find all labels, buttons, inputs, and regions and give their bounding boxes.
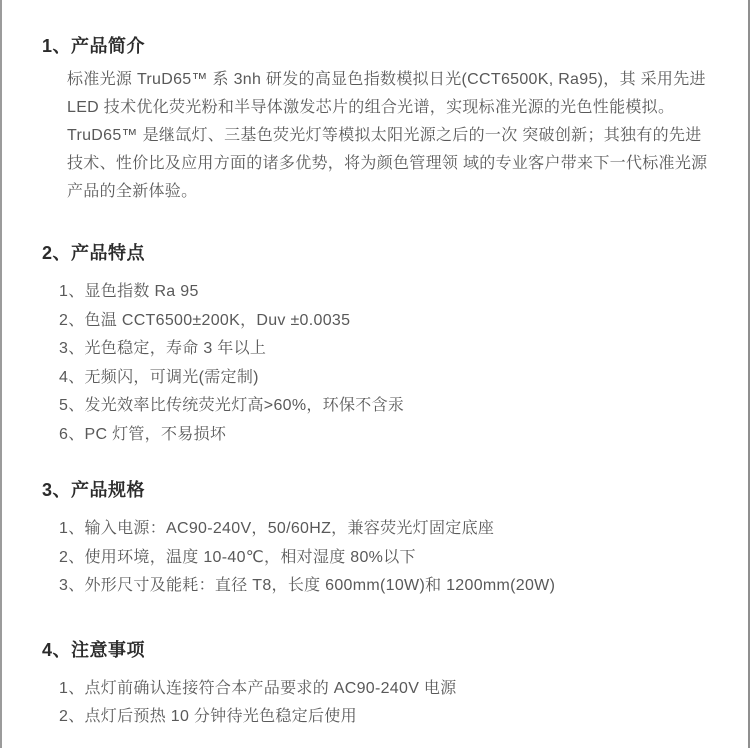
list-item: 1、点灯前确认连接符合本产品要求的 AC90-240V 电源 bbox=[59, 675, 714, 704]
list-item: 2、点灯后预热 10 分钟待光色稳定后使用 bbox=[59, 703, 714, 732]
list-item: 6、PC 灯管，不易损坏 bbox=[59, 421, 714, 450]
section-specs: 3、产品规格 1、输入电源：AC90-240V，50/60HZ，兼容荧光灯固定底… bbox=[42, 477, 714, 601]
paragraph-line: TruD65™ 是继氙灯、三基色荧光灯等模拟太阳光源之后的一次 突破创新；其独有… bbox=[67, 122, 714, 150]
list-item: 3、光色稳定，寿命 3 年以上 bbox=[59, 335, 714, 364]
list-item: 1、输入电源：AC90-240V，50/60HZ，兼容荧光灯固定底座 bbox=[59, 515, 714, 544]
product-description-page: 1、产品简介 标准光源 TruD65™ 系 3nh 研发的高显色指数模拟日光(C… bbox=[0, 0, 750, 748]
list-item: 4、无频闪，可调光(需定制) bbox=[59, 364, 714, 393]
list-item: 2、色温 CCT6500±200K，Duv ±0.0035 bbox=[59, 307, 714, 336]
list-item: 1、显色指数 Ra 95 bbox=[59, 278, 714, 307]
section-notes-heading: 4、注意事项 bbox=[42, 637, 714, 663]
paragraph-line: 产品的全新体验。 bbox=[67, 178, 714, 206]
list-item: 3、外形尺寸及能耗：直径 T8，长度 600mm(10W)和 1200mm(20… bbox=[59, 572, 714, 601]
section-intro-heading: 1、产品简介 bbox=[42, 33, 714, 59]
section-features: 2、产品特点 1、显色指数 Ra 95 2、色温 CCT6500±200K，Du… bbox=[42, 240, 714, 449]
section-notes: 4、注意事项 1、点灯前确认连接符合本产品要求的 AC90-240V 电源 2、… bbox=[42, 637, 714, 732]
paragraph-line: 标准光源 TruD65™ 系 3nh 研发的高显色指数模拟日光(CCT6500K… bbox=[67, 66, 714, 94]
paragraph-line: 技术、性价比及应用方面的诸多优势，将为颜色管理领 域的专业客户带来下一代标准光源 bbox=[67, 150, 714, 178]
section-specs-heading: 3、产品规格 bbox=[42, 477, 714, 503]
notes-list: 1、点灯前确认连接符合本产品要求的 AC90-240V 电源 2、点灯后预热 1… bbox=[59, 675, 714, 732]
section-features-heading: 2、产品特点 bbox=[42, 240, 714, 266]
list-item: 5、发光效率比传统荧光灯高>60%，环保不含汞 bbox=[59, 392, 714, 421]
features-list: 1、显色指数 Ra 95 2、色温 CCT6500±200K，Duv ±0.00… bbox=[59, 278, 714, 449]
paragraph-line: LED 技术优化荧光粉和半导体激发芯片的组合光谱，实现标准光源的光色性能模拟。 bbox=[67, 94, 714, 122]
intro-paragraph: 标准光源 TruD65™ 系 3nh 研发的高显色指数模拟日光(CCT6500K… bbox=[67, 66, 714, 206]
specs-list: 1、输入电源：AC90-240V，50/60HZ，兼容荧光灯固定底座 2、使用环… bbox=[59, 515, 714, 601]
list-item: 2、使用环境，温度 10-40℃，相对湿度 80%以下 bbox=[59, 544, 714, 573]
section-intro: 1、产品简介 标准光源 TruD65™ 系 3nh 研发的高显色指数模拟日光(C… bbox=[42, 33, 714, 206]
